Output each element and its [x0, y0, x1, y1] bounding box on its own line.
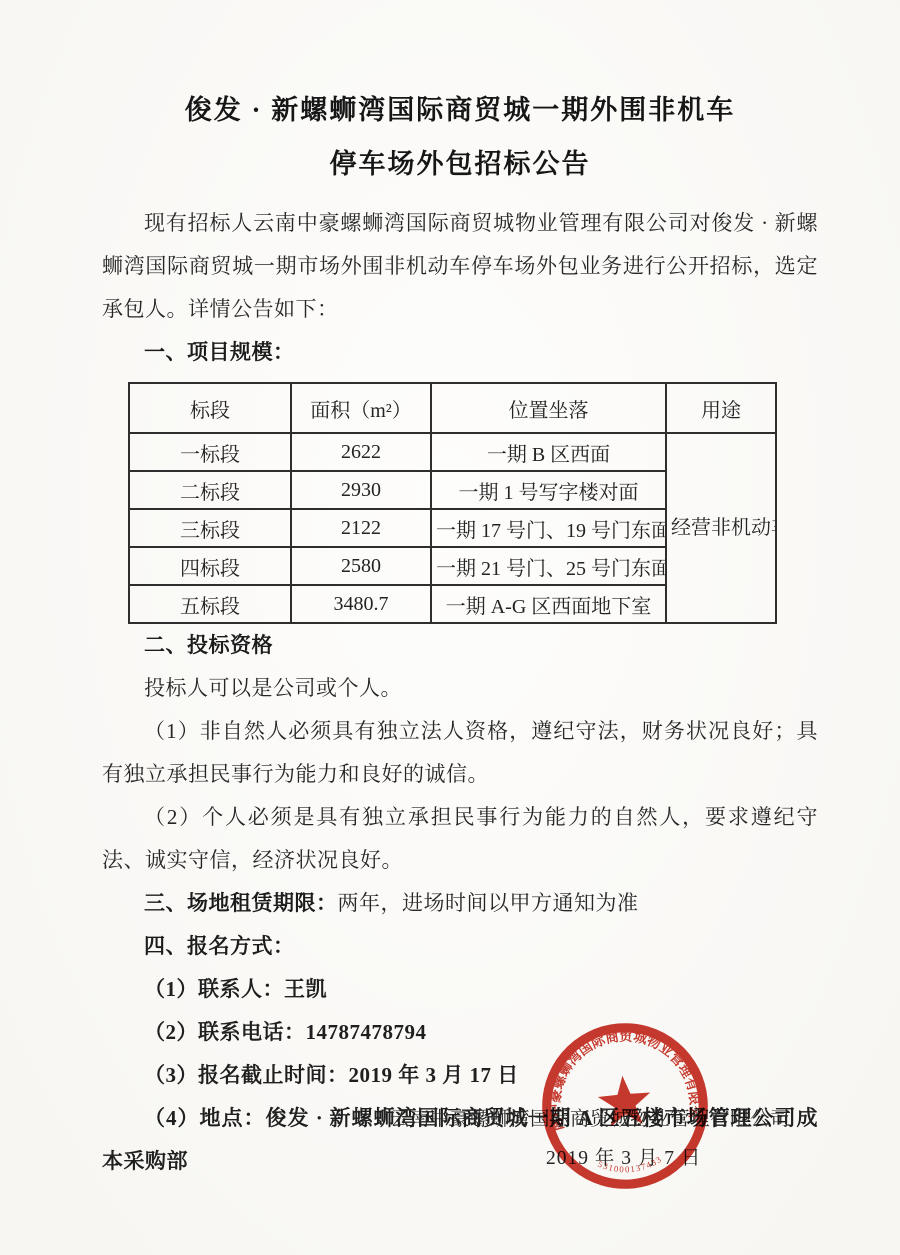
table-cell-section: 三标段 [129, 509, 291, 547]
section2-paragraph-3: （2）个人必须是具有独立承担民事行为能力的自然人，要求遵纪守法、诚实守信，经济状… [102, 796, 818, 882]
table-header-location: 位置坐落 [431, 383, 666, 433]
section2-heading: 二、投标资格 [102, 624, 818, 667]
table-cell-use-merged: 经营非机动车停车场 [666, 433, 776, 623]
table-header-area: 面积（m²） [291, 383, 431, 433]
seal-graphic: 云南中豪螺蛳湾国际商贸城物业管理有限公司 531000137433 [525, 1006, 724, 1205]
section3-text: 两年，进场时间以甲方通知为准 [338, 891, 639, 915]
company-seal-stamp: 云南中豪螺蛳湾国际商贸城物业管理有限公司 531000137433 [525, 1006, 724, 1205]
table-cell-location: 一期 17 号门、19 号门东面 [431, 509, 666, 547]
table-cell-location: 一期 1 号写字楼对面 [431, 471, 666, 509]
document-title-line2: 停车场外包招标公告 [102, 146, 818, 182]
table-cell-section: 一标段 [129, 433, 291, 471]
intro-paragraph: 现有招标人云南中豪螺蛳湾国际商贸城物业管理有限公司对俊发 · 新螺蛳湾国际商贸城… [102, 202, 818, 331]
table-cell-area: 2930 [291, 471, 431, 509]
table-cell-area: 3480.7 [291, 585, 431, 623]
table-cell-location: 一期 B 区西面 [431, 433, 666, 471]
table-header-row: 标段 面积（m²） 位置坐落 用途 [129, 383, 776, 433]
seal-star-icon [596, 1073, 653, 1127]
document-title-line1: 俊发 · 新螺蛳湾国际商贸城一期外围非机车 [102, 92, 818, 128]
table-cell-area: 2622 [291, 433, 431, 471]
table-cell-location: 一期 A-G 区西面地下室 [431, 585, 666, 623]
section1-heading: 一、项目规模： [102, 331, 818, 374]
section3-line: 三、场地租赁期限：两年，进场时间以甲方通知为准 [102, 882, 818, 925]
seal-serial-arc-text: 531000137433 [596, 1153, 665, 1177]
table-cell-section: 四标段 [129, 547, 291, 585]
project-scale-table: 标段 面积（m²） 位置坐落 用途 一标段 2622 一期 B 区西面 经营非机… [128, 382, 777, 624]
section2-paragraph-1: 投标人可以是公司或个人。 [102, 667, 818, 710]
table-cell-area: 2580 [291, 547, 431, 585]
table-header-use: 用途 [666, 383, 776, 433]
table-row: 一标段 2622 一期 B 区西面 经营非机动车停车场 [129, 433, 776, 471]
table-cell-area: 2122 [291, 509, 431, 547]
table-header-bid-section: 标段 [129, 383, 291, 433]
table-cell-section: 二标段 [129, 471, 291, 509]
table-cell-section: 五标段 [129, 585, 291, 623]
section3-heading: 三、场地租赁期限： [144, 891, 338, 915]
document-page: 俊发 · 新螺蛳湾国际商贸城一期外围非机车 停车场外包招标公告 现有招标人云南中… [0, 0, 900, 1255]
section2-paragraph-2: （1）非自然人必须具有独立法人资格，遵纪守法，财务状况良好；具有独立承担民事行为… [102, 710, 818, 796]
table-cell-location: 一期 21 号门、25 号门东面 [431, 547, 666, 585]
section4-heading: 四、报名方式： [102, 925, 818, 968]
contact-person-line: （1）联系人：王凯 [102, 968, 818, 1011]
